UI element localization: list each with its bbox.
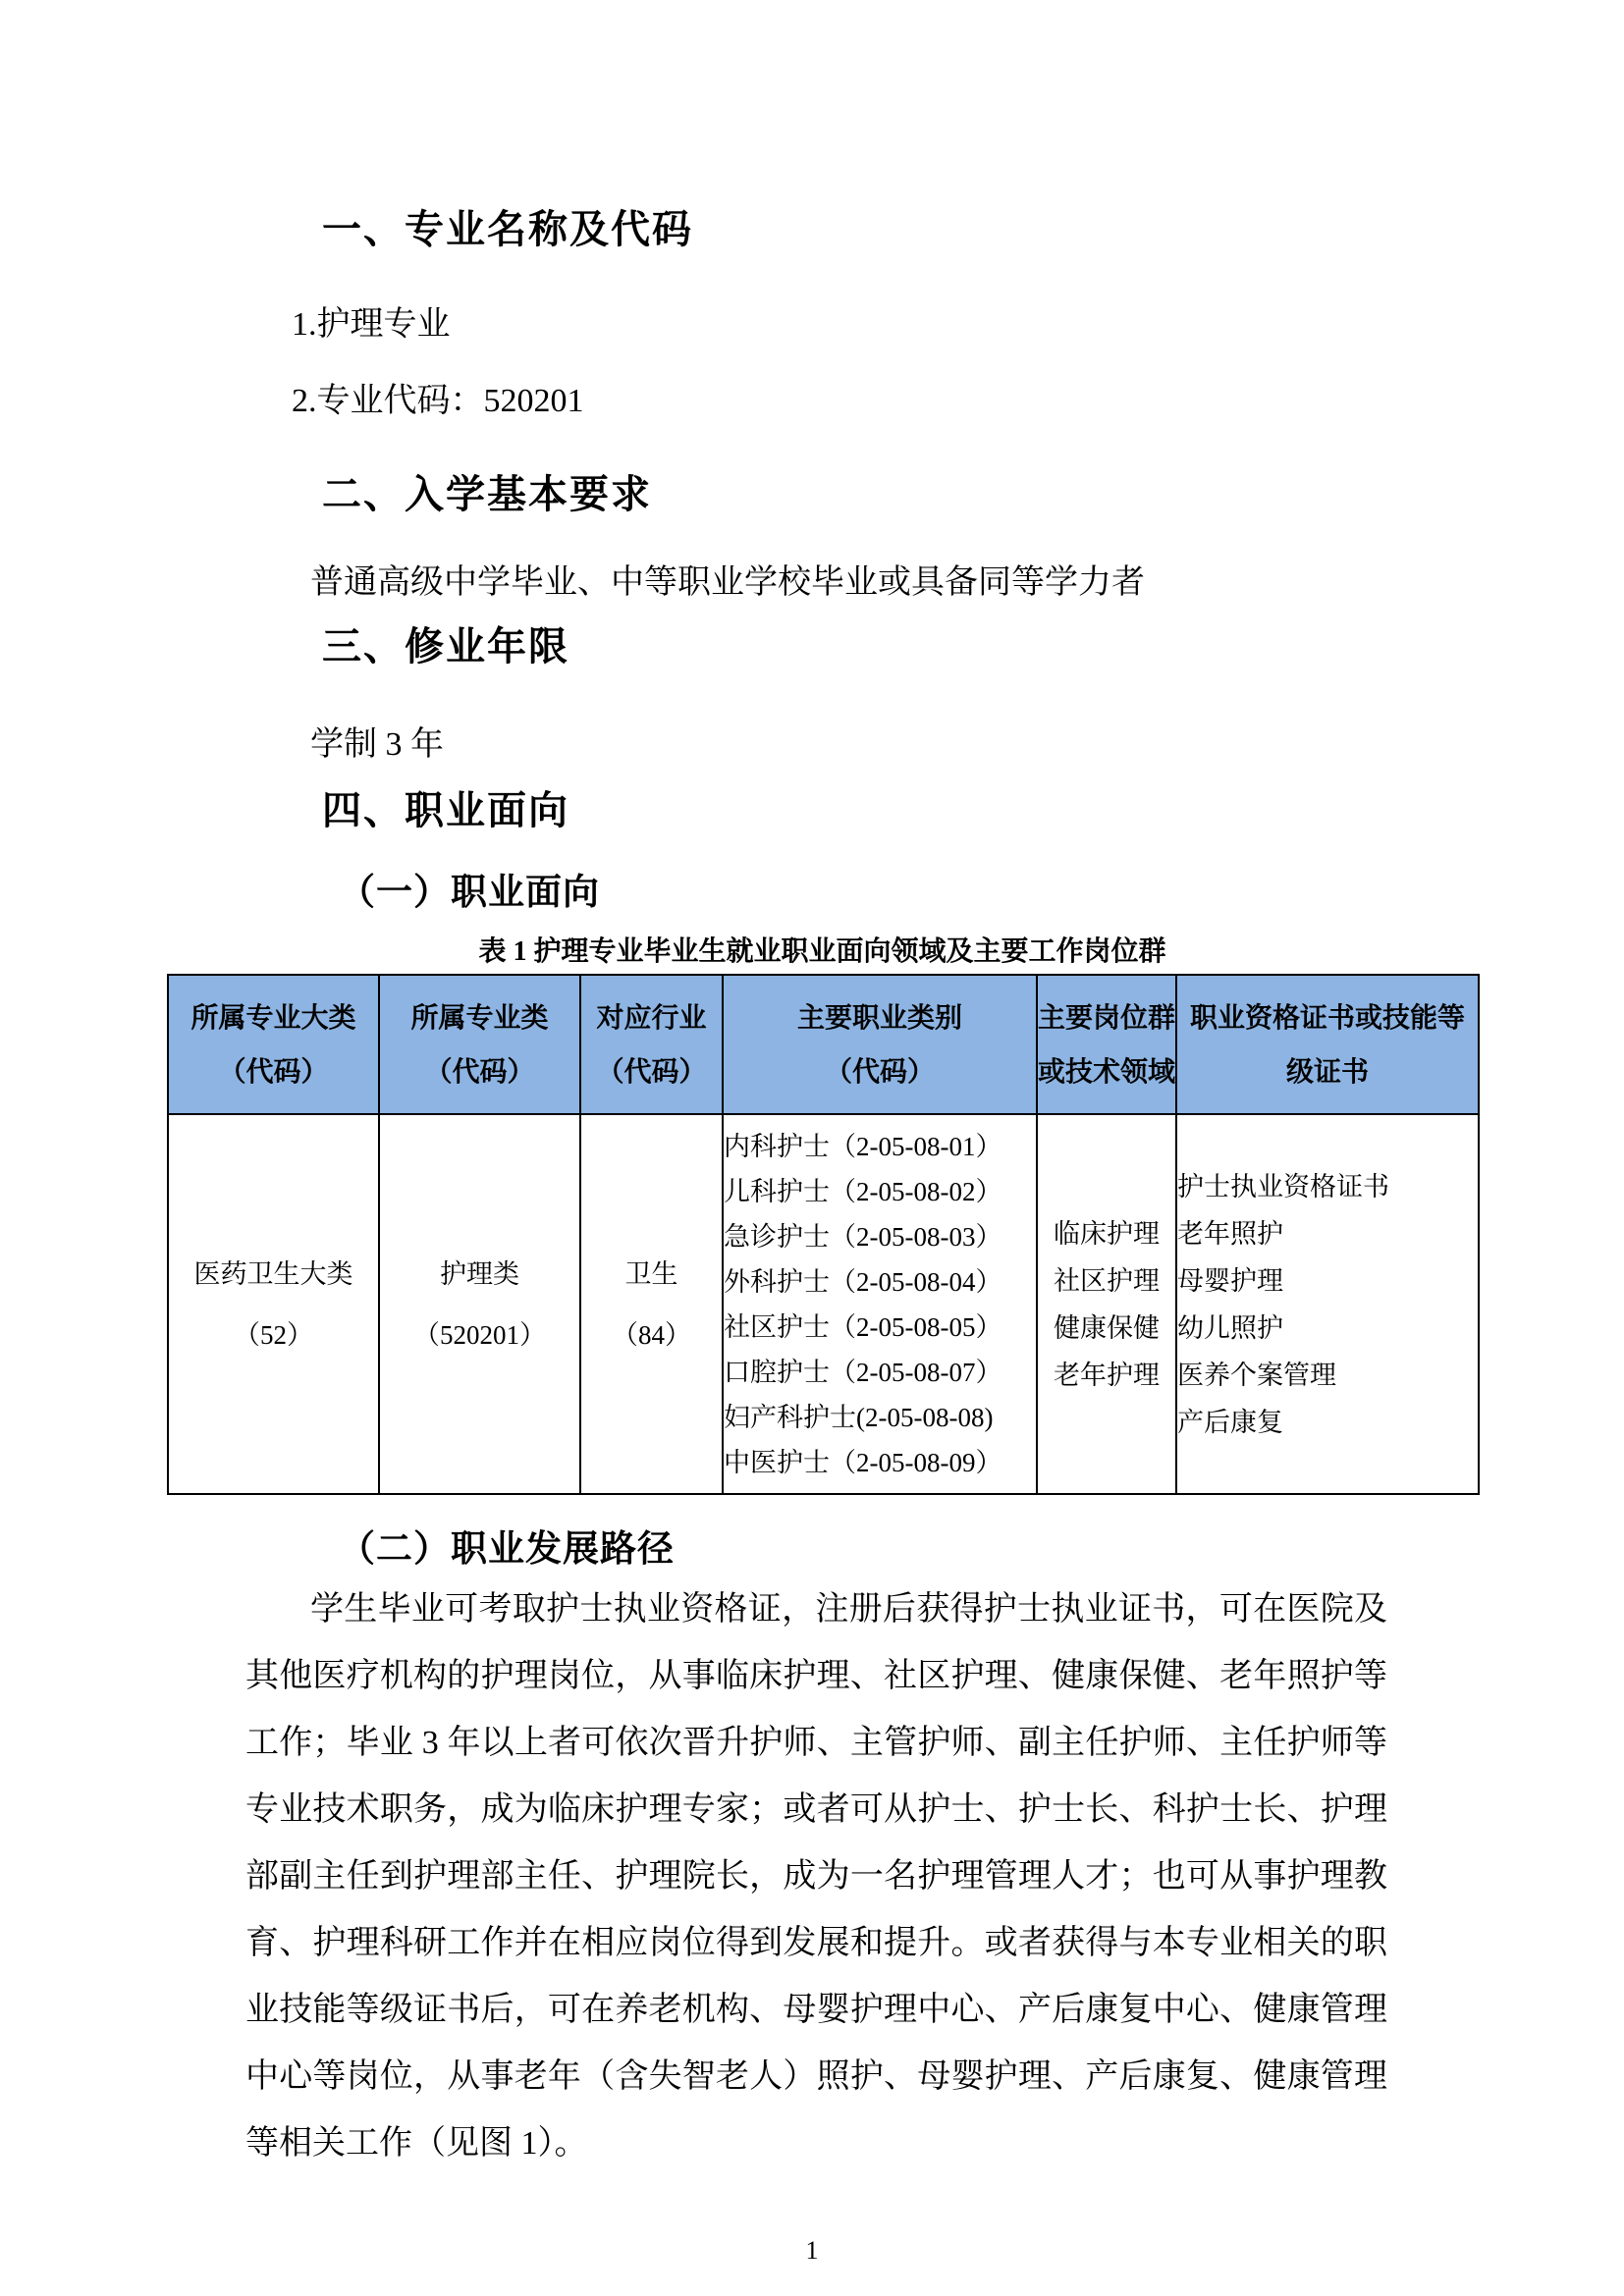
table-body-row: 医药卫生大类 （52） 护理类 （520201） 卫生 （84） 内科护士（2-… — [168, 1114, 1479, 1494]
header-line: （代码） — [724, 1044, 1036, 1098]
study-duration-text: 学制 3 年 — [245, 721, 1387, 769]
cell-line: （52） — [169, 1305, 378, 1365]
occupation-item: 儿科护士（2-05-08-02） — [724, 1169, 1036, 1214]
header-line: 所属专业大类 — [169, 990, 378, 1044]
cell-occupations: 内科护士（2-05-08-01） 儿科护士（2-05-08-02） 急诊护士（2… — [723, 1114, 1037, 1494]
major-code-item: 2.专业代码：520201 — [292, 378, 1624, 425]
header-occupations: 主要职业类别 （代码） — [723, 975, 1037, 1114]
header-line: 主要岗位群 — [1038, 990, 1175, 1044]
header-line: （代码） — [581, 1044, 722, 1098]
occupation-item: 急诊护士（2-05-08-03） — [724, 1214, 1036, 1259]
certificate-item: 母婴护理 — [1177, 1257, 1478, 1305]
certificate-item: 幼儿照护 — [1177, 1305, 1478, 1352]
header-line: 级证书 — [1177, 1044, 1478, 1098]
cell-line: 医药卫生大类 — [169, 1244, 378, 1305]
occupation-item: 外科护士（2-05-08-04） — [724, 1259, 1036, 1305]
table-header-row: 所属专业大类 （代码） 所属专业类 （代码） 对应行业 （代码） 主要职业类别 … — [168, 975, 1479, 1114]
header-line: 职业资格证书或技能等 — [1177, 990, 1478, 1044]
cell-category: 护理类 （520201） — [379, 1114, 580, 1494]
certificate-item: 医养个案管理 — [1177, 1352, 1478, 1399]
section-2-heading: 二、入学基本要求 — [322, 469, 1624, 520]
cell-line: （84） — [581, 1305, 722, 1365]
header-line: 所属专业类 — [380, 990, 579, 1044]
post-group-item: 老年护理 — [1038, 1352, 1175, 1399]
header-line: 对应行业 — [581, 990, 722, 1044]
post-group-item: 社区护理 — [1038, 1257, 1175, 1305]
header-major-category: 所属专业大类 （代码） — [168, 975, 379, 1114]
career-orientation-table: 所属专业大类 （代码） 所属专业类 （代码） 对应行业 （代码） 主要职业类别 … — [167, 974, 1480, 1495]
header-line: 主要职业类别 — [724, 990, 1036, 1044]
occupation-item: 内科护士（2-05-08-01） — [724, 1124, 1036, 1169]
section-4-heading: 四、职业面向 — [322, 785, 1624, 836]
section-1-heading: 一、专业名称及代码 — [322, 204, 1624, 255]
header-post-groups: 主要岗位群 或技术领域 — [1037, 975, 1176, 1114]
cell-line: 卫生 — [581, 1244, 722, 1305]
post-group-item: 临床护理 — [1038, 1210, 1175, 1257]
cell-post-groups: 临床护理 社区护理 健康保健 老年护理 — [1037, 1114, 1176, 1494]
header-category: 所属专业类 （代码） — [379, 975, 580, 1114]
certificate-item: 产后康复 — [1177, 1399, 1478, 1446]
occupation-item: 妇产科护士(2-05-08-08) — [724, 1395, 1036, 1440]
page-number: 1 — [0, 2236, 1624, 2266]
subsection-career-path-heading: （二）职业发展路径 — [339, 1525, 1624, 1572]
cell-certificates: 护士执业资格证书 老年照护 母婴护理 幼儿照护 医养个案管理 产后康复 — [1176, 1114, 1479, 1494]
header-industry: 对应行业 （代码） — [580, 975, 723, 1114]
cell-major-category: 医药卫生大类 （52） — [168, 1114, 379, 1494]
certificate-item: 老年照护 — [1177, 1210, 1478, 1257]
post-group-item: 健康保健 — [1038, 1305, 1175, 1352]
career-path-paragraph: 学生毕业可考取护士执业资格证，注册后获得护士执业证书，可在医院及其他医疗机构的护… — [245, 1576, 1387, 2177]
occupation-item: 口腔护士（2-05-08-07） — [724, 1350, 1036, 1395]
cell-industry: 卫生 （84） — [580, 1114, 723, 1494]
admission-requirement-text: 普通高级中学毕业、中等职业学校毕业或具备同等学力者 — [245, 560, 1387, 607]
cell-line: 护理类 — [380, 1244, 579, 1305]
section-3-heading: 三、修业年限 — [322, 621, 1624, 672]
header-line: 或技术领域 — [1038, 1044, 1175, 1098]
occupation-item: 社区护士（2-05-08-05） — [724, 1305, 1036, 1350]
certificate-item: 护士执业资格证书 — [1177, 1163, 1478, 1210]
header-certificates: 职业资格证书或技能等 级证书 — [1176, 975, 1479, 1114]
header-line: （代码） — [169, 1044, 378, 1098]
document-page: 一、专业名称及代码 1.护理专业 2.专业代码：520201 二、入学基本要求 … — [0, 0, 1624, 2296]
occupation-item: 中医护士（2-05-08-09） — [724, 1440, 1036, 1485]
header-line: （代码） — [380, 1044, 579, 1098]
table-caption: 表 1 护理专业毕业生就业职业面向领域及主要工作岗位群 — [167, 934, 1478, 970]
cell-line: （520201） — [380, 1305, 579, 1365]
subsection-career-orientation-heading: （一）职业面向 — [339, 869, 1624, 915]
major-name-item: 1.护理专业 — [292, 301, 1624, 348]
